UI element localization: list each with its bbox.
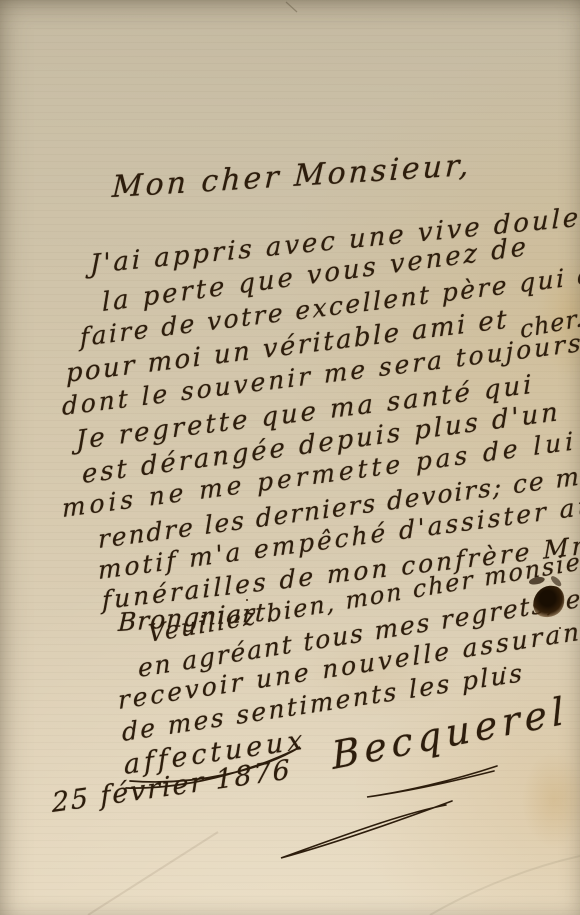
letter-photo: Mon cher Monsieur,J'ai appris avec une v… [0,0,580,915]
paper-crease-right [430,856,580,915]
paper-stain-signature [522,752,580,848]
signature-paraph-upper [367,766,497,797]
signature-paraph-lower [281,801,452,858]
salutation-line: Mon cher Monsieur, [111,148,472,205]
top-edge-scratch [286,2,297,12]
paper-crease-left [88,832,218,915]
